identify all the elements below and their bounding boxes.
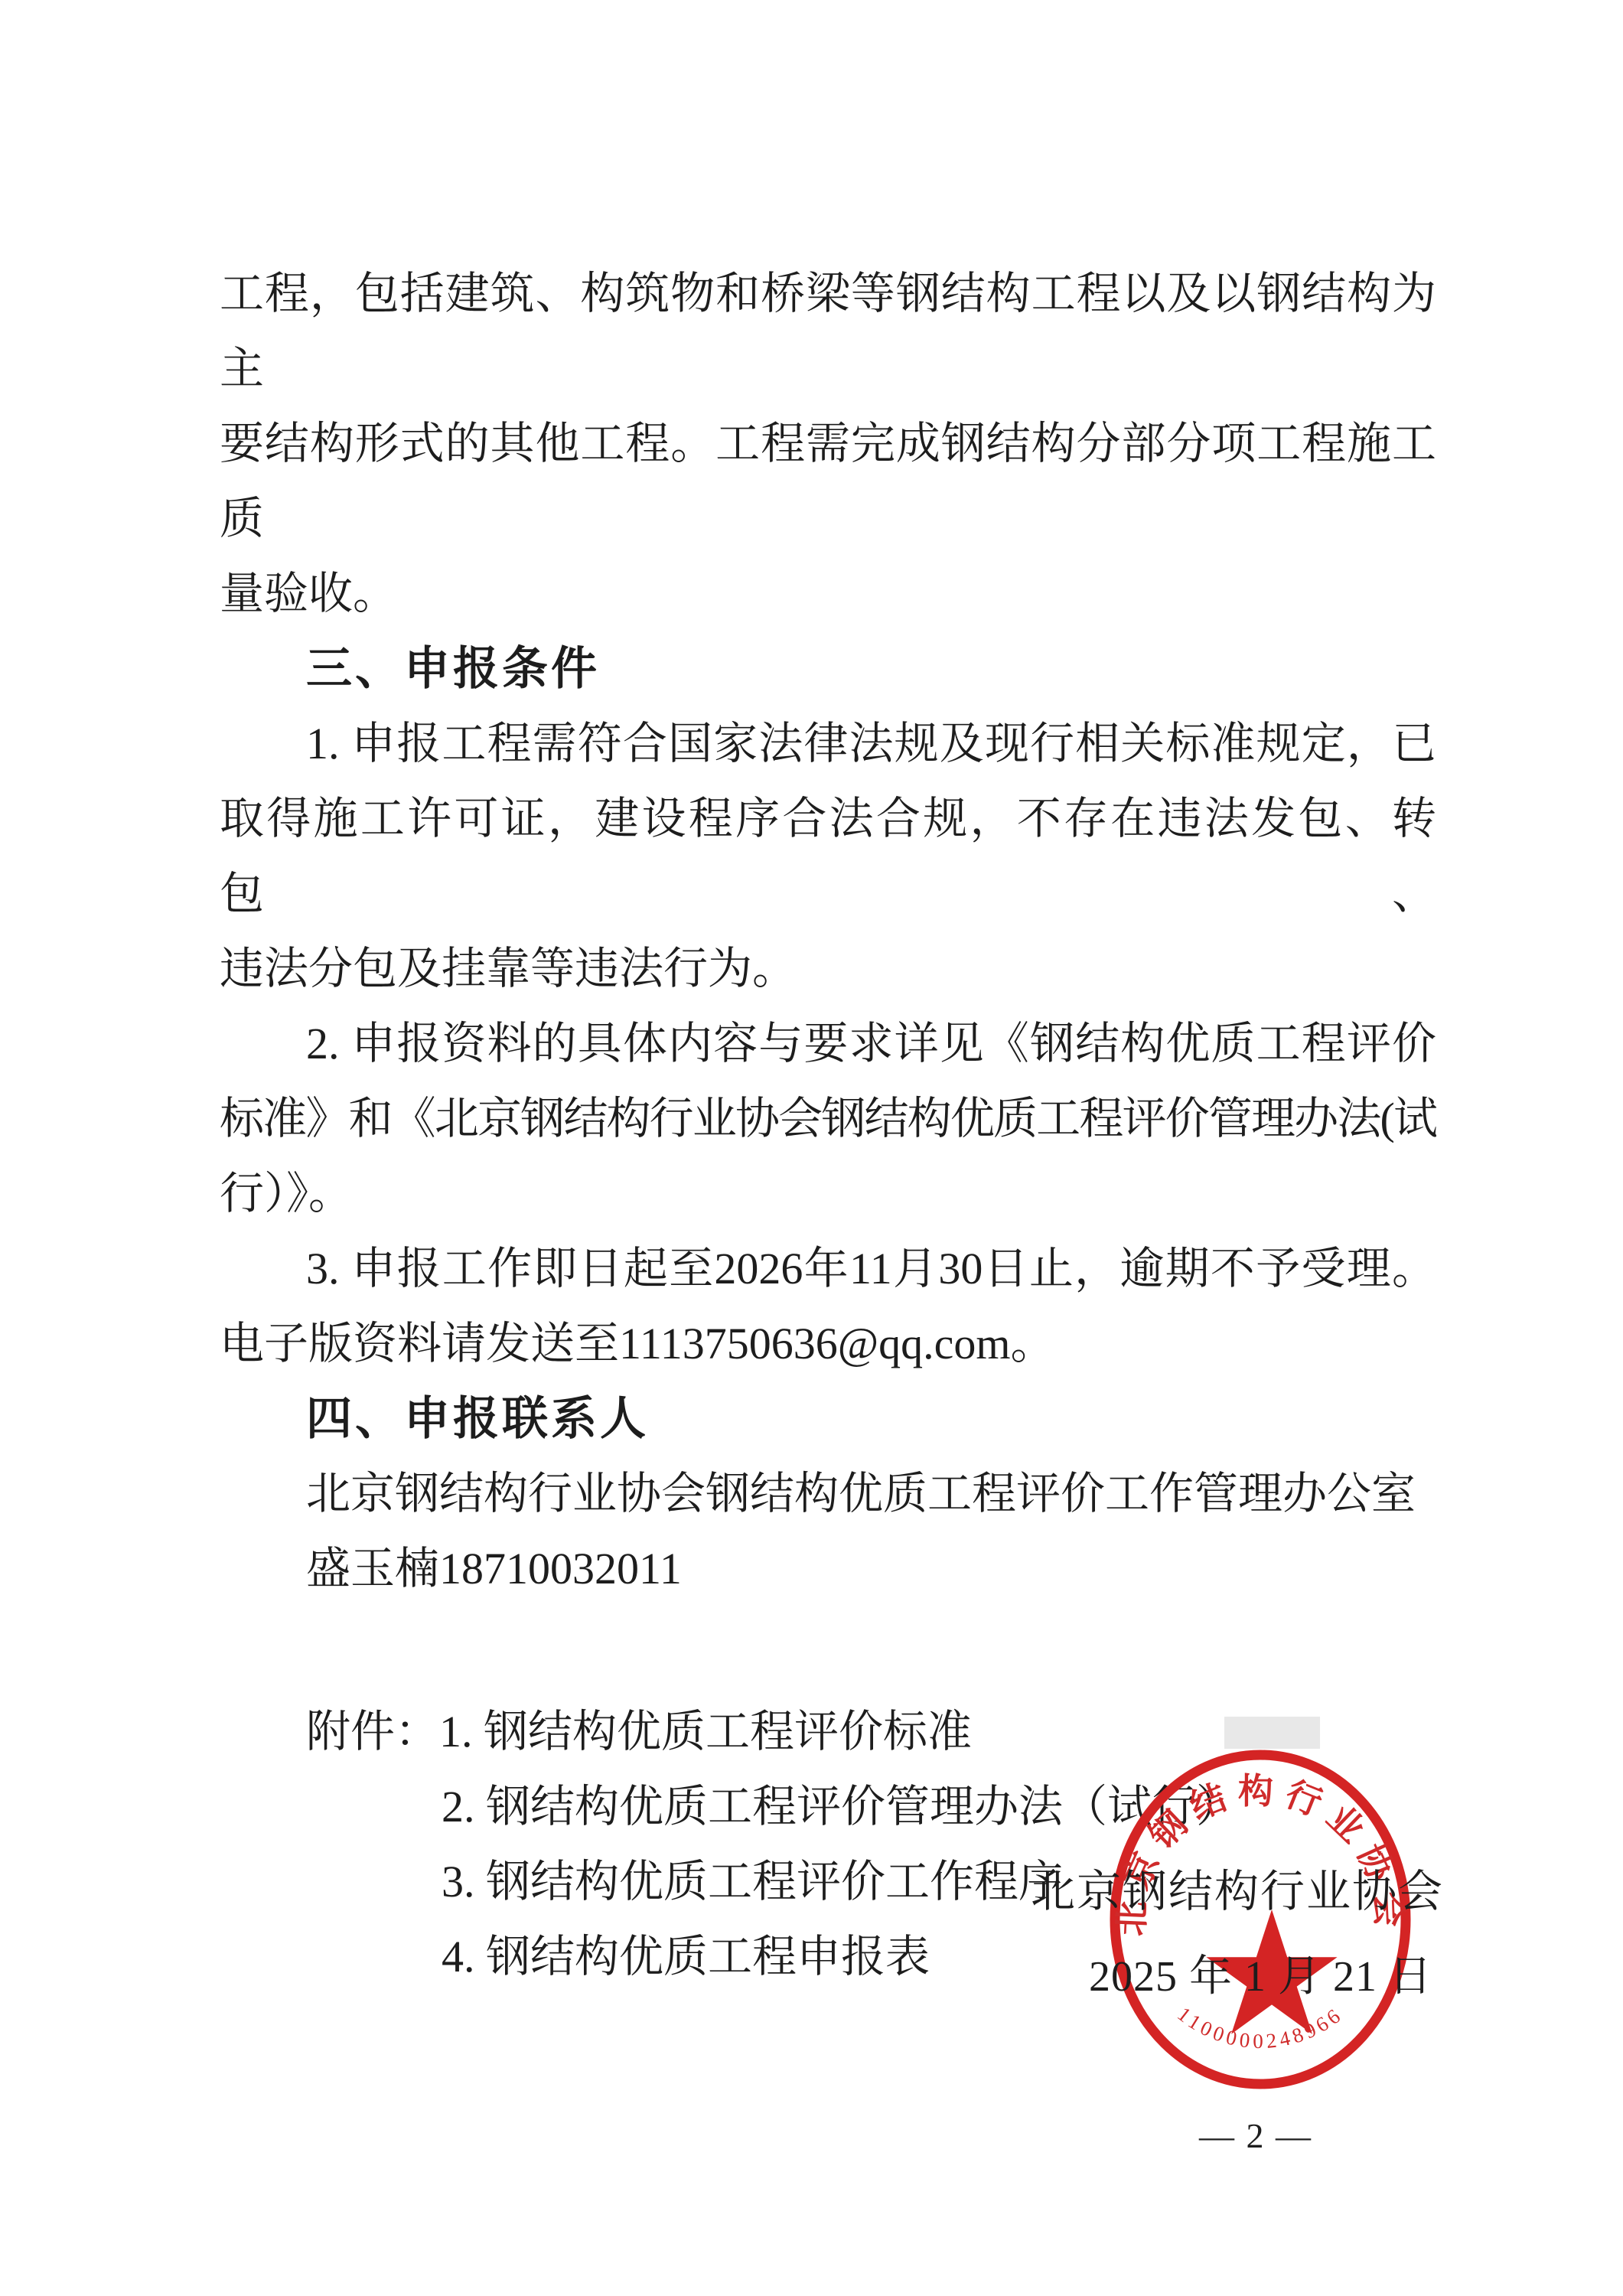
official-seal: 北京钢结构行业协会 1100000248966	[1080, 1732, 1440, 2108]
official-seal-graphic: 北京钢结构行业协会 1100000248966	[1080, 1732, 1440, 2108]
contact-person-line: 盛玉楠18710032011	[306, 1531, 1436, 1606]
attachments-label: 附件：	[306, 1707, 439, 1756]
section3-heading: 三、申报条件	[306, 631, 1436, 706]
body-line: 标准》和《北京钢结构行业协会钢结构优质工程评价管理办法(试	[220, 1081, 1436, 1156]
body-line: 3. 申报工作即日起至2026年11月30日止，逾期不予受理。	[306, 1231, 1436, 1306]
page-number: — 2 —	[1156, 2115, 1355, 2156]
document-page: 工程，包括建筑、构筑物和桥梁等钢结构工程以及以钢结构为主 要结构形式的其他工程。…	[0, 0, 1623, 2296]
section4-heading: 四、申报联系人	[306, 1381, 1436, 1456]
body-line: 工程，包括建筑、构筑物和桥梁等钢结构工程以及以钢结构为主	[220, 256, 1436, 406]
body-line: 取得施工许可证，建设程序合法合规，不存在违法发包、转包、	[220, 781, 1436, 931]
contact-office-line: 北京钢结构行业协会钢结构优质工程评价工作管理办公室	[306, 1456, 1436, 1531]
signature-date: 2025 年 1 月 21 日	[1089, 1942, 1432, 2004]
body-line: 行）》。	[220, 1156, 1436, 1231]
body-line: 1. 申报工程需符合国家法律法规及现行相关标准规定，已	[306, 706, 1436, 781]
body-line: 违法分包及挂靠等违法行为。	[220, 931, 1436, 1006]
body-line: 电子版资料请发送至1113750636@qq.com。	[220, 1306, 1436, 1381]
body-line: 量验收。	[220, 556, 1436, 631]
signature-organization: 北京钢结构行业协会	[1031, 1855, 1444, 1919]
body-line: 2. 申报资料的具体内容与要求详见《钢结构优质工程评价	[306, 1006, 1436, 1081]
body-line: 要结构形式的其他工程。工程需完成钢结构分部分项工程施工质	[220, 406, 1436, 556]
blank-gap	[220, 1606, 1436, 1694]
attachment-item: 1. 钢结构优质工程评价标准	[439, 1707, 972, 1756]
